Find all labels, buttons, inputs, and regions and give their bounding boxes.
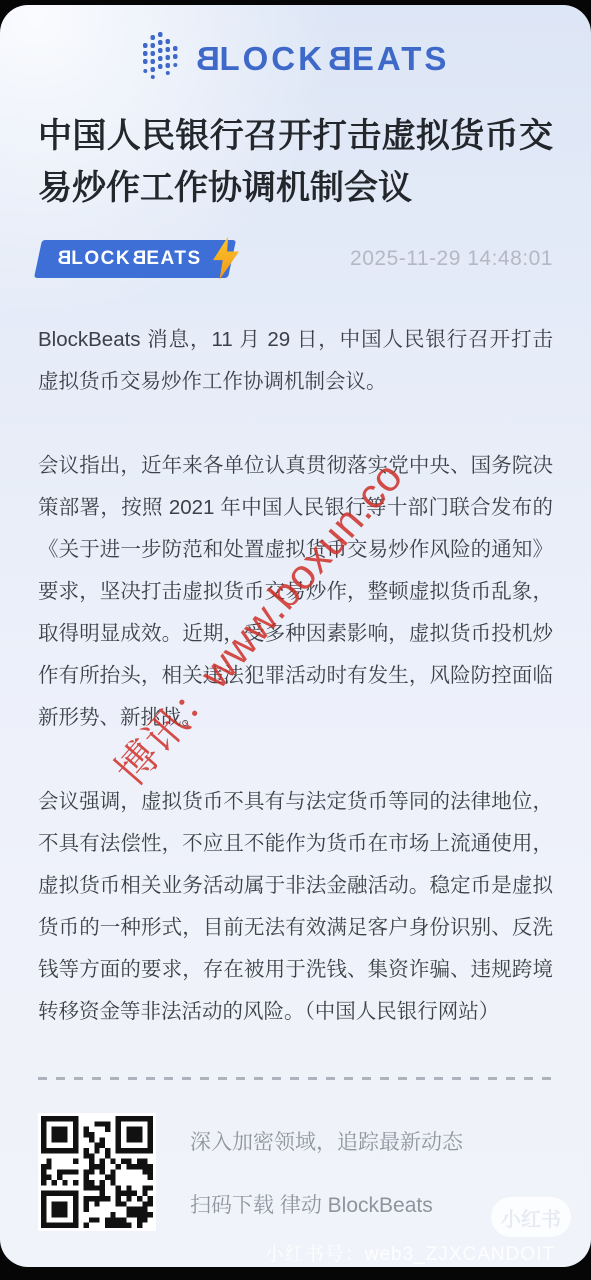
footer: 深入加密领域，追踪最新动态 扫码下载 律动 BlockBeats [38, 1113, 463, 1231]
header-logo: BLOCKBEATS [0, 5, 591, 85]
article-paragraph: BlockBeats 消息，11 月 29 日，中国人民银行召开打击虚拟货币交易… [38, 319, 553, 403]
footer-tagline: 深入加密领域，追踪最新动态 [190, 1126, 463, 1156]
source-badge-label: BLOCKBEATS [56, 248, 202, 269]
xiaohongshu-account-id: 小红书号：web3_ZJXCANDOIT [265, 1239, 555, 1266]
article-meta-row: BLOCKBEATS 2025-11-29 14:48:01 [38, 239, 553, 279]
xiaohongshu-logo-badge: 小红书 [491, 1197, 571, 1237]
footer-download-hint: 扫码下载 律动 BlockBeats [190, 1189, 463, 1219]
publish-timestamp: 2025-11-29 14:48:01 [350, 247, 553, 271]
article-paragraph: 会议强调，虚拟货币不具有与法定货币等同的法律地位，不具有法偿性，不应且不能作为货… [38, 781, 553, 1033]
article-card: BLOCKBEATS 中国人民银行召开打击虚拟货币交易炒作工作协调机制会议 BL… [0, 5, 591, 1267]
footer-texts: 深入加密领域，追踪最新动态 扫码下载 律动 BlockBeats [190, 1126, 463, 1219]
brand-wordmark: BLOCKBEATS [193, 40, 450, 78]
qr-code [38, 1113, 156, 1231]
lightning-bolt-icon [213, 236, 239, 285]
article-title: 中国人民银行召开打击虚拟货币交易炒作工作协调机制会议 [38, 110, 553, 214]
article-body: BlockBeats 消息，11 月 29 日，中国人民银行召开打击虚拟货币交易… [38, 319, 553, 1033]
dashed-divider [38, 1077, 553, 1080]
source-badge: BLOCKBEATS [38, 240, 232, 278]
equalizer-bars-icon [142, 32, 180, 85]
article-paragraph: 会议指出，近年来各单位认真贯彻落实党中央、国务院决策部署，按照 2021 年中国… [38, 445, 553, 739]
